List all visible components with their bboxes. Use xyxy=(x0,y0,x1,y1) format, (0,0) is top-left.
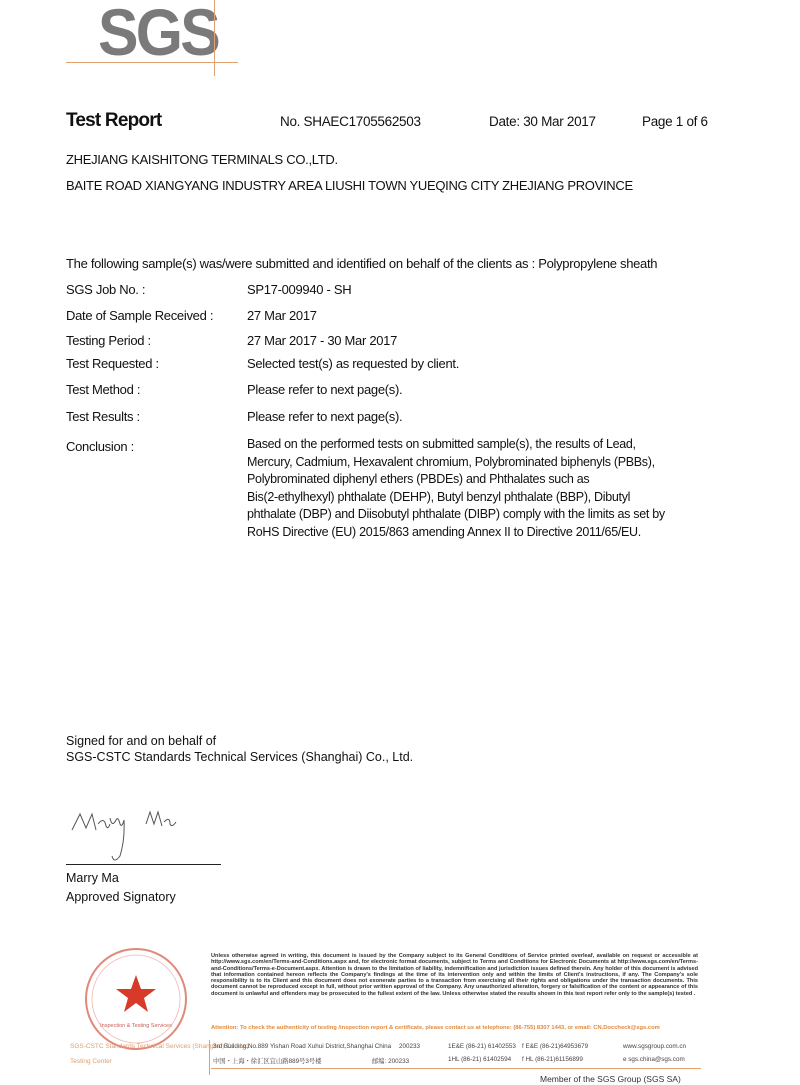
field-value-test-results: Please refer to next page(s). xyxy=(247,409,402,424)
conclusion-line: Mercury, Cadmium, Hexavalent chromium, P… xyxy=(247,454,727,472)
postcode-en: 200233 xyxy=(399,1043,420,1050)
conclusion-line: Bis(2-ethylhexyl) phthalate (DEHP), Buty… xyxy=(247,489,727,507)
field-value-test-method: Please refer to next page(s). xyxy=(247,382,402,397)
conclusion-line: Based on the performed tests on submitte… xyxy=(247,436,727,454)
client-address: BAITE ROAD XIANGYANG INDUSTRY AREA LIUSH… xyxy=(66,178,633,193)
field-label-test-results: Test Results : xyxy=(66,409,140,424)
field-label-date-received: Date of Sample Received : xyxy=(66,308,213,323)
address-en: 3rd Building,No.889 Yishan Road Xuhui Di… xyxy=(213,1043,391,1050)
signoff-line1: Signed for and on behalf of xyxy=(66,734,216,748)
field-label-test-requested: Test Requested : xyxy=(66,356,159,371)
signature-line xyxy=(66,864,221,865)
conclusion-line: Polybrominated diphenyl ethers (PBDEs) a… xyxy=(247,471,727,489)
report-number: No. SHAEC1705562503 xyxy=(280,114,421,129)
logo-rule-vertical xyxy=(214,0,215,76)
sample-intro: The following sample(s) was/were submitt… xyxy=(66,256,657,271)
sgs-group-member: Member of the SGS Group (SGS SA) xyxy=(540,1074,681,1084)
field-label-testing-period: Testing Period : xyxy=(66,333,151,348)
client-name: ZHEJIANG KAISHITONG TERMINALS CO.,LTD. xyxy=(66,152,338,167)
seal-caption-center: Testing Center xyxy=(70,1058,112,1065)
field-value-test-requested: Selected test(s) as requested by client. xyxy=(247,356,459,371)
conclusion-line: RoHS Directive (EU) 2015/863 amending An… xyxy=(247,524,727,542)
footer-attention: Attention: To check the authenticity of … xyxy=(211,1025,698,1032)
footer-website[interactable]: www.sgsgroup.com.cn xyxy=(623,1043,686,1050)
footer-divider-vertical xyxy=(209,1040,210,1075)
footer-disclaimer: Unless otherwise agreed in writing, this… xyxy=(211,953,698,997)
field-value-job-no: SP17-009940 - SH xyxy=(247,282,351,297)
conclusion-line: phthalate (DBP) and Diisobutyl phthalate… xyxy=(247,506,727,524)
logo-text: SGS xyxy=(98,0,218,70)
field-value-testing-period: 27 Mar 2017 - 30 Mar 2017 xyxy=(247,333,397,348)
field-label-job-no: SGS Job No. : xyxy=(66,282,145,297)
logo-rule-horizontal xyxy=(66,62,238,63)
conclusion-text: Based on the performed tests on submitte… xyxy=(247,436,727,541)
sgs-logo: SGS xyxy=(66,0,238,76)
svg-text:Inspection & Testing Services: Inspection & Testing Services xyxy=(100,1023,172,1029)
report-title: Test Report xyxy=(66,110,161,132)
field-value-date-received: 27 Mar 2017 xyxy=(247,308,317,323)
footer-email[interactable]: e sgs.china@sgs.com xyxy=(623,1056,685,1063)
handwritten-signature xyxy=(70,800,210,869)
tel-ee: 1E&E (86-21) 61402553 xyxy=(448,1043,516,1050)
signatory-name: Marry Ma xyxy=(66,871,119,885)
footer-rule xyxy=(211,1068,701,1069)
fax-hl: f HL (86-21)61156899 xyxy=(522,1056,583,1063)
field-label-test-method: Test Method : xyxy=(66,382,140,397)
fax-ee: f E&E (86-21)64953679 xyxy=(522,1043,588,1050)
signoff-company: SGS-CSTC Standards Technical Services (S… xyxy=(66,750,413,764)
tel-hl: 1HL (86-21) 61402594 xyxy=(448,1056,511,1063)
address-cn: 中国・上海・徐汇区宜山路889号3号楼 xyxy=(213,1056,321,1065)
conclusion-label: Conclusion : xyxy=(66,439,134,454)
signatory-role: Approved Signatory xyxy=(66,890,176,904)
page-indicator: Page 1 of 6 xyxy=(642,114,708,129)
postcode-cn: 邮编: 200233 xyxy=(372,1056,409,1065)
report-date: Date: 30 Mar 2017 xyxy=(489,114,596,129)
